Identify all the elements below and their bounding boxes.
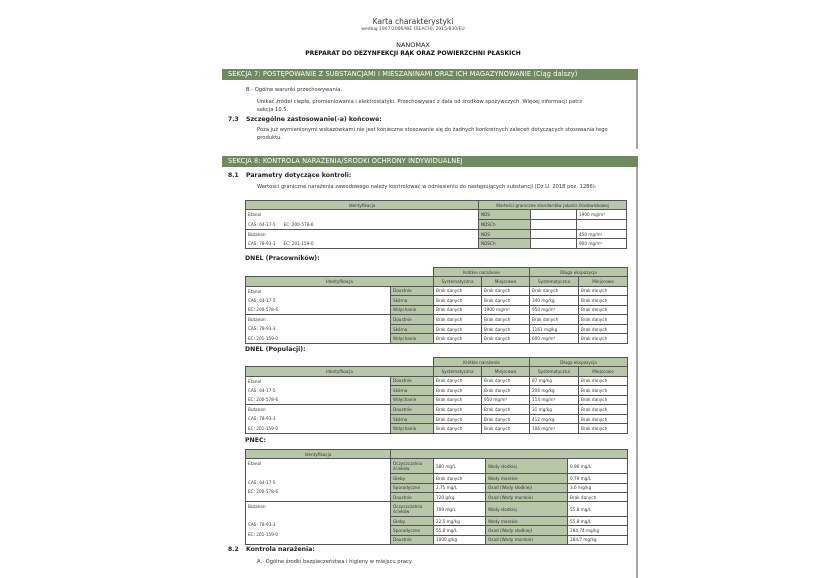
compartment-cell: Doustnie [391,492,434,501]
compartment-cell: Sporadyczne [391,483,434,492]
compartment-cell: Wody słodkiej [486,459,568,474]
col-header-identification: Identyfikacja [246,277,434,286]
value-cell: 55,8 mg/L [568,502,628,517]
value-cell: 284,74 mg/kg [568,526,628,535]
table-row: EtanolCAS: 64-17-5EC: 200-578-6Oczyszcza… [246,459,628,474]
group-short-exposure: Krótkie narażenie [434,268,530,277]
col-header-identification: Identyfikacja [246,450,391,459]
table-row: Butanon CAS: 78-93-3 EC: 201-159-0 NDS 4… [246,229,627,239]
storage-text-2: sekcja 10.5. [257,107,288,113]
value-cell: 340 mg/kg [530,296,579,306]
subsection-8-2-title: Kontrola narażenia: [246,546,315,553]
value-cell: Brak danych [434,376,482,386]
dnel-population-table: Krótkie narażenie Długa ekspozycja Ident… [245,357,628,434]
storage-heading: B.- Ogólne warunki przechowywania. [246,87,342,93]
value-cell: Brak danych [579,395,628,405]
route-cell: Wdychanie [391,395,434,405]
section-8-header: SEKCJA 8: KONTROLA NARAŻENIA/ŚRODKI OCHR… [222,156,638,167]
value-cell: Brak danych [568,492,628,501]
subsection-8-1-title: Parametry dotyczące kontroli: [246,172,351,179]
substance-cell: ButanonCAS: 78-93-3EC: 201-159-0 [246,405,391,434]
table-row: ButanonCAS: 78-93-3EC: 201-159-0Doustnie… [246,315,628,325]
group-long-exposure: Długa ekspozycja [530,268,628,277]
value-cell: Brak danych [530,286,579,296]
value-cell: 3,6 mg/kg [568,483,628,492]
document-title: Karta charakterystyki [0,17,826,26]
value-cell: Brak danych [434,315,482,325]
col-header-identification: Identyfikacja [246,201,479,210]
value-cell: 720 g/kg [434,492,486,501]
subsection-7-3-title: Szczególne zastosowanie(-a) końcowe: [246,116,382,123]
value-cell: 114 mg/m³ [530,395,579,405]
value-cell: Brak danych [434,474,486,483]
product-name: NANOMAX [0,41,826,49]
compartment-cell: Gleby [391,517,434,526]
value-cell: Brak danych [482,414,530,424]
value-cell: Brak danych [579,334,628,344]
compartment-cell: Gleby [391,474,434,483]
value-cell: Brak danych [482,315,530,325]
value-cell: 87 mg/kg [530,376,579,386]
compartment-cell: Wody słodkiej [486,502,568,517]
route-cell: Skórna [391,414,434,424]
col-header-identification: Identyfikacja [246,367,434,376]
value-cell: 55,8 mg/L [434,526,486,535]
regulation-reference: według 1907/2006/WE (REACH), 2015/830/EU [0,27,826,32]
compartment-cell: Oczyszczalnia ścieków [391,459,434,474]
value-cell: Brak danych [482,334,530,344]
value-cell: Brak danych [434,324,482,334]
storage-text-1: Unikać źródeł ciepła, promieniowania i e… [257,99,582,105]
value-cell: 31 mg/kg [530,405,579,415]
route-cell: Doustnie [391,405,434,415]
compartment-cell: Sporadyczne [391,526,434,535]
table-row: EtanolCAS: 64-17-5EC: 200-578-6DoustnieB… [246,376,628,386]
value-cell: Brak danych [579,305,628,315]
value-cell: Brak danych [434,414,482,424]
value-cell: 1161 mg/kg [530,324,579,334]
substance-cell: Butanon CAS: 78-93-3 EC: 201-159-0 [246,229,479,248]
compartment-cell: Wody morskie [486,474,568,483]
compartment-cell: Osad (Wody morskie) [486,492,568,501]
substance-cell: EtanolCAS: 64-17-5EC: 200-578-6 [246,376,391,405]
route-cell: Skórna [391,324,434,334]
subsection-8-2-number: 8.2 [228,546,239,553]
subsection-8-2-text: A.- Ogólne środki bezpieczeństwa i higie… [257,559,413,565]
route-cell: Skórna [391,296,434,306]
value-cell: 106 mg/m³ [530,424,579,434]
col-header-limits: Wartości graniczne standardów jakości śr… [479,201,627,210]
product-description: PREPARAT DO DEZYNFEKCJI RĄK ORAZ POWIERZ… [0,50,826,57]
dnel-workers-title: DNEL (Pracowników): [245,255,320,262]
value-cell: 2,75 mg/L [434,483,486,492]
route-cell: Doustnie [391,376,434,386]
compartment-cell: Wody morskie [486,517,568,526]
value-cell: 22,5 mg/kg [434,517,486,526]
value-cell: 950 mg/m³ [482,395,530,405]
value-cell: 600 mg/m³ [530,334,579,344]
substance-cell: ButanonCAS: 78-93-3EC: 201-159-0 [246,502,391,545]
route-cell: Wdychanie [391,424,434,434]
value-cell: 206 mg/kg [530,386,579,396]
value-cell: Brak danych [579,405,628,415]
substance-cell: EtanolCAS: 64-17-5EC: 200-578-6 [246,286,391,315]
compartment-cell: Doustnie [391,535,434,544]
value-cell: Brak danych [434,305,482,315]
table-row: Etanol CAS: 64-17-5 EC: 200-578-6 NDS 19… [246,210,627,220]
table-row: ButanonCAS: 78-93-3EC: 201-159-0Doustnie… [246,405,628,415]
value-cell: 0,96 mg/L [568,459,628,474]
group-long-exposure: Długa ekspozycja [530,358,628,367]
value-cell: Brak danych [579,424,628,434]
value-cell: Brak danych [530,315,579,325]
value-cell: Brak danych [482,405,530,415]
value-cell: 0,79 mg/L [568,474,628,483]
value-cell: Brak danych [579,386,628,396]
value-cell: 580 mg/L [434,459,486,474]
table-row: EtanolCAS: 64-17-5EC: 200-578-6DoustnieB… [246,286,628,296]
pnec-table: Identyfikacja EtanolCAS: 64-17-5EC: 200-… [245,449,628,545]
value-cell: Brak danych [434,296,482,306]
dnel-workers-table: Krótkie narażenie Długa ekspozycja Ident… [245,267,628,344]
table-row: ButanonCAS: 78-93-3EC: 201-159-0Oczyszcz… [246,502,628,517]
value-cell: 55,8 mg/L [568,517,628,526]
value-cell: Brak danych [482,424,530,434]
value-cell: 709 mg/L [434,502,486,517]
group-short-exposure: Krótkie narażenie [434,358,530,367]
value-cell: Brak danych [482,296,530,306]
substance-cell: ButanonCAS: 78-93-3EC: 201-159-0 [246,315,391,344]
value-cell: Brak danych [579,414,628,424]
route-cell: Wdychanie [391,334,434,344]
route-cell: Wdychanie [391,305,434,315]
route-cell: Doustnie [391,315,434,325]
compartment-cell: Osad (Wody słodkiej) [486,526,568,535]
value-cell: Brak danych [434,424,482,434]
value-cell: 412 mg/kg [530,414,579,424]
value-cell: Brak danych [579,376,628,386]
value-cell: Brak danych [482,386,530,396]
route-cell: Doustnie [391,286,434,296]
value-cell: Brak danych [434,386,482,396]
exposure-limits-table: Identyfikacja Wartości graniczne standar… [245,200,627,249]
value-cell: Brak danych [482,376,530,386]
value-cell: 284,7 mg/kg [568,535,628,544]
value-cell: 950 mg/m³ [530,305,579,315]
compartment-cell: Osad (Wody morskie) [486,535,568,544]
value-cell: 1900 mg/m³ [482,305,530,315]
route-cell: Skórna [391,386,434,396]
value-cell: Brak danych [434,286,482,296]
value-cell: Brak danych [482,324,530,334]
subsection-7-3-number: 7.3 [228,116,239,123]
dnel-population-title: DNEL (Populacji): [245,346,306,353]
compartment-cell: Osad (Wody słodkiej) [486,483,568,492]
pnec-title: PNEC: [245,437,266,444]
substance-cell: Etanol CAS: 64-17-5 EC: 200-578-6 [246,210,479,229]
value-cell: Brak danych [579,286,628,296]
substance-cell: EtanolCAS: 64-17-5EC: 200-578-6 [246,459,391,502]
value-cell: Brak danych [434,405,482,415]
value-cell: Brak danych [482,286,530,296]
subsection-8-1-text: Wartości graniczne narażenia zawodowego … [257,184,597,190]
subsection-7-3-text-2: produktu. [257,135,282,141]
value-cell: Brak danych [579,324,628,334]
value-cell: Brak danych [434,334,482,344]
value-cell: Brak danych [579,296,628,306]
section-7-header: SEKCJA 7: POSTĘPOWANIE Z SUBSTANCJAMI I … [222,69,638,80]
value-cell: Brak danych [579,315,628,325]
value-cell: Brak danych [434,395,482,405]
value-cell: 1000 g/kg [434,535,486,544]
subsection-8-1-number: 8.1 [228,172,239,179]
compartment-cell: Oczyszczalnia ścieków [391,502,434,517]
subsection-7-3-text-1: Poza już wymienionymi wskazówkami nie je… [257,127,608,133]
